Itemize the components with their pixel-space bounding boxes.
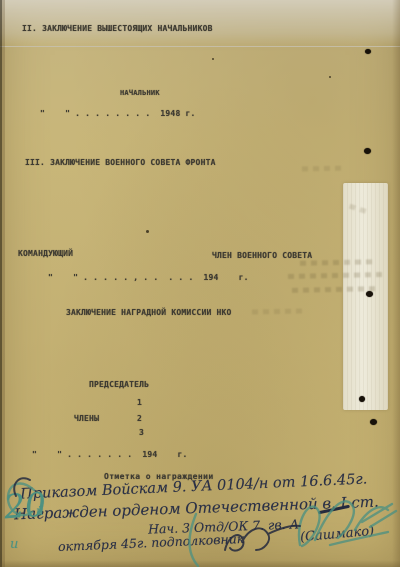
paper-speck (146, 230, 149, 233)
member-number-1: 1 (137, 399, 142, 408)
handwritten-date-rank-line: октября 45г. подполковник (58, 531, 245, 554)
member-number-3: 3 (139, 429, 144, 438)
punch-hole (370, 419, 377, 425)
pencil-margin-day-suffix: й (36, 504, 44, 518)
punch-hole (365, 49, 371, 54)
chairman-label: ПРЕДСЕДАТЕЛЬ (89, 381, 149, 390)
right-page-edge-shadow (392, 0, 400, 567)
chief-date-line: " " . . . . . . . . 1948 г. (40, 110, 196, 119)
commission-date-line: " " . . . . . . . 194 г. (32, 451, 188, 460)
scanned-award-document: II. ЗАКЛЮЧЕНИЕ ВЫШЕСТОЯЩИХ НАЧАЛЬНИКОВ Н… (0, 0, 400, 567)
right-paper-tape-strip (343, 183, 388, 410)
paper-speck (212, 58, 214, 60)
paper-speck (329, 76, 331, 78)
award-commission-heading: ЗАКЛЮЧЕНИЕ НАГРАДНОЙ КОМИССИИ НКО (66, 309, 232, 318)
punch-hole (359, 396, 365, 402)
bottom-page-edge-shadow (0, 560, 400, 567)
section-ii-heading: II. ЗАКЛЮЧЕНИЕ ВЫШЕСТОЯЩИХ НАЧАЛЬНИКОВ (22, 25, 213, 34)
punch-hole (364, 148, 371, 154)
handwritten-signature-name: (Сашмако) (299, 524, 374, 545)
punch-hole (366, 291, 373, 297)
chief-label: НАЧАЛЬНИК (120, 90, 160, 98)
bleed-through-text (302, 166, 346, 172)
military-council-member-label: ЧЛЕН ВОЕННОГО СОВЕТА (212, 252, 312, 261)
pencil-margin-letter: и (10, 537, 18, 552)
section-iii-heading: III. ЗАКЛЮЧЕНИЕ ВОЕННОГО СОВЕТА ФРОНТА (25, 159, 216, 168)
bleed-through-text (252, 308, 302, 314)
council-date-line: " " . . . . . , . . . . . 194 г. (48, 274, 249, 283)
commander-label: КОМАНДУЮЩИЙ (18, 250, 73, 259)
member-number-2: 2 (137, 415, 142, 424)
members-label: ЧЛЕНЫ (74, 415, 99, 424)
left-page-edge-shadow (2, 0, 5, 567)
